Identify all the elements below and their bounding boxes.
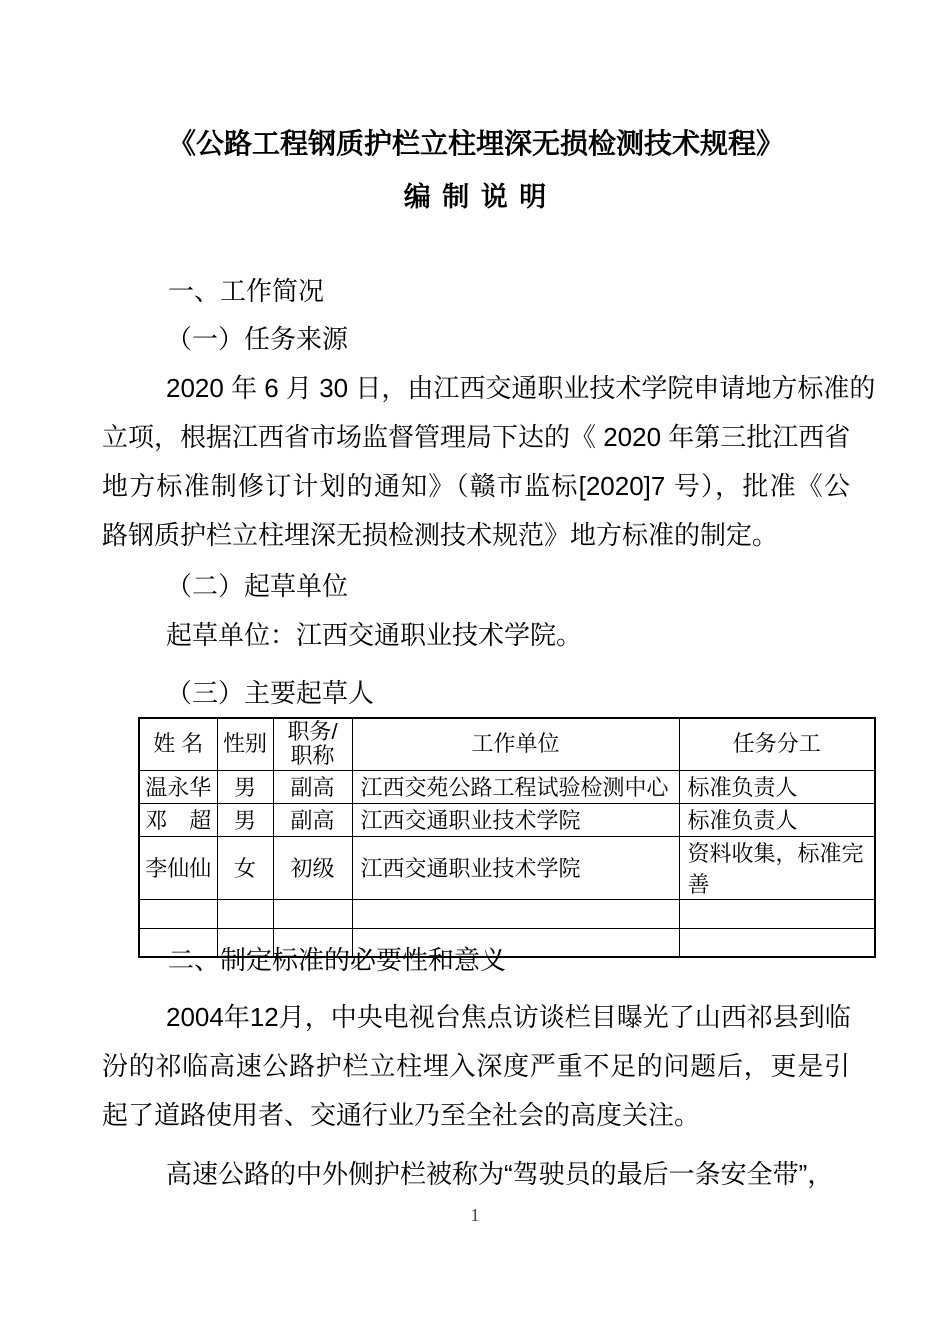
table-cell: 标准负责人 — [679, 803, 875, 836]
table-cell — [273, 899, 352, 928]
section-1-1-heading: （一）任务来源 — [102, 315, 914, 364]
section-1-heading: 一、工作简况 — [102, 267, 916, 316]
table-header-cell: 职务/职称 — [273, 718, 352, 770]
table-cell: 女 — [217, 836, 273, 899]
text-line: 高速公路的中外侧护栏被称为“驾驶员的最后一条安全带”， — [102, 1150, 850, 1199]
paragraph-drafting-unit: 起草单位：江西交通职业技术学院。 — [102, 611, 850, 660]
table-cell: 副高 — [273, 803, 352, 836]
table-cell: 江西交通职业技术学院 — [352, 803, 679, 836]
header-label: 工作单位 — [471, 731, 559, 756]
header-label: 任务分工 — [733, 731, 821, 756]
table-cell: 初级 — [273, 836, 352, 899]
table-cell — [139, 899, 217, 928]
table-cell — [352, 899, 679, 928]
text-line: 起草单位：江西交通职业技术学院。 — [102, 611, 850, 660]
document-page: 《公路工程钢质护栏立柱埋深无损检测技术规程》 编 制 说 明 一、工作简况 （一… — [0, 0, 950, 1344]
text-line: 汾的祁临高速公路护栏立柱埋入深度严重不足的问题后，更是引 — [102, 1042, 850, 1091]
header-label: 职务/职称 — [283, 720, 343, 768]
table-cell: 邓 超 — [139, 803, 217, 836]
table-cell: 李仙仙 — [139, 836, 217, 899]
table-header-cell: 性别 — [217, 718, 273, 770]
paragraph-guardrail: 高速公路的中外侧护栏被称为“驾驶员的最后一条安全带”， — [102, 1150, 850, 1199]
section-1-3-heading: （三）主要起草人 — [102, 669, 914, 718]
table-row: 李仙仙 女 初级 江西交通职业技术学院 资料收集，标准完善 — [139, 836, 875, 899]
doc-title: 《公路工程钢质护栏立柱埋深无损检测技术规程》 — [102, 126, 850, 162]
table-cell: 标准负责人 — [679, 770, 875, 803]
paragraph-necessity: 2004年12月，中央电视台焦点访谈栏目曝光了山西祁县到临 汾的祁临高速公路护栏… — [102, 993, 850, 1140]
text-line: 2020 年 6 月 30 日，由江西交通职业技术学院申请地方标准的 — [102, 364, 850, 413]
text-line: 2004年12月，中央电视台焦点访谈栏目曝光了山西祁县到临 — [102, 993, 850, 1042]
text-line: 起了道路使用者、交通行业乃至全社会的高度关注。 — [102, 1091, 850, 1140]
table-cell: 江西交通职业技术学院 — [352, 836, 679, 899]
text-line: 立项，根据江西省市场监督管理局下达的《 2020 年第三批江西省 — [102, 413, 850, 462]
table-header-cell: 工作单位 — [352, 718, 679, 770]
header-label: 性别 — [223, 731, 267, 756]
table-cell: 男 — [217, 803, 273, 836]
table-row: 邓 超 男 副高 江西交通职业技术学院 标准负责人 — [139, 803, 875, 836]
text-line: 路钢质护栏立柱埋深无损检测技术规范》地方标准的制定。 — [102, 511, 850, 560]
table-cell: 资料收集，标准完善 — [679, 836, 875, 899]
table-header-cell: 任务分工 — [679, 718, 875, 770]
drafters-table: 姓 名 性别 职务/职称 工作单位 任务分工 温永华 男 副高 江西交苑公路工程… — [138, 717, 876, 958]
table-cell — [679, 899, 875, 928]
section-2-heading: 二、制定标准的必要性和意义 — [102, 936, 916, 985]
header-label: 姓 名 — [153, 731, 203, 756]
table-row: 温永华 男 副高 江西交苑公路工程试验检测中心 标准负责人 — [139, 770, 875, 803]
table-cell: 男 — [217, 770, 273, 803]
table-row — [139, 899, 875, 928]
table-cell — [217, 899, 273, 928]
table-cell: 温永华 — [139, 770, 217, 803]
paragraph-task-source: 2020 年 6 月 30 日，由江西交通职业技术学院申请地方标准的 立项，根据… — [102, 364, 850, 560]
doc-subtitle: 编 制 说 明 — [102, 179, 850, 215]
table-header-row: 姓 名 性别 职务/职称 工作单位 任务分工 — [139, 718, 875, 770]
table-cell: 副高 — [273, 770, 352, 803]
table-cell: 江西交苑公路工程试验检测中心 — [352, 770, 679, 803]
section-1-2-heading: （二）起草单位 — [102, 562, 914, 611]
page-number: 1 — [0, 1205, 950, 1226]
table-header-cell: 姓 名 — [139, 718, 217, 770]
text-line: 地方标准制修订计划的通知》（赣市监标[2020]7 号），批准《公 — [102, 462, 850, 511]
